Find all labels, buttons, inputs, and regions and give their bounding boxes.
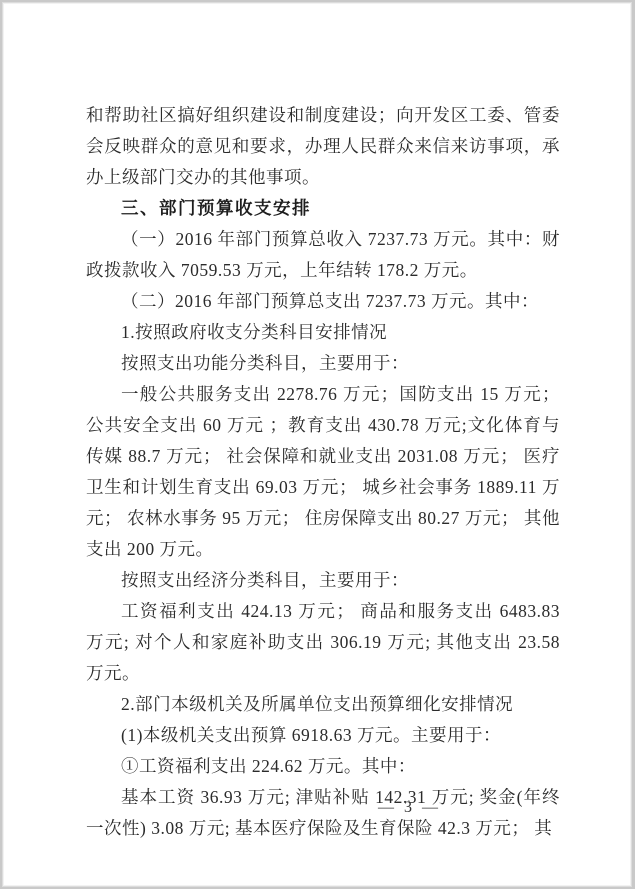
para-continuation-duties: 和帮助社区搞好组织建设和制度建设；向开发区工委、管委会反映群众的意见和要求，办理…	[86, 100, 560, 193]
para-total-expenditure: （二）2016 年部门预算总支出 7237.73 万元。其中：	[86, 286, 560, 317]
scanned-document-page: 和帮助社区搞好组织建设和制度建设；向开发区工委、管委会反映群众的意见和要求，办理…	[2, 2, 632, 887]
para-item-2-detailed-arrangement: 2.部门本级机关及所属单位支出预算细化安排情况	[86, 689, 560, 720]
para-economic-classification-intro: 按照支出经济分类科目，主要用于：	[86, 565, 560, 596]
para-salary-welfare: ①工资福利支出 224.62 万元。其中：	[86, 751, 560, 782]
para-functional-classification-intro: 按照支出功能分类科目，主要用于：	[86, 348, 560, 379]
para-own-organ-budget: (1)本级机关支出预算 6918.63 万元。主要用于：	[86, 720, 560, 751]
section-heading: 三、部门预算收支安排	[86, 193, 560, 224]
page-number: — 3 —	[3, 799, 631, 817]
para-functional-classification-detail: 一般公共服务支出 2278.76 万元；国防支出 15 万元；公共安全支出 60…	[86, 379, 560, 565]
para-item-1-classification: 1.按照政府收支分类科目安排情况	[86, 317, 560, 348]
para-economic-classification-detail: 工资福利支出 424.13 万元； 商品和服务支出 6483.83 万元; 对个…	[86, 596, 560, 689]
document-body: 和帮助社区搞好组织建设和制度建设；向开发区工委、管委会反映群众的意见和要求，办理…	[86, 100, 560, 844]
para-total-income: （一）2016 年部门预算总收入 7237.73 万元。其中：财政拨款收入 70…	[86, 224, 560, 286]
